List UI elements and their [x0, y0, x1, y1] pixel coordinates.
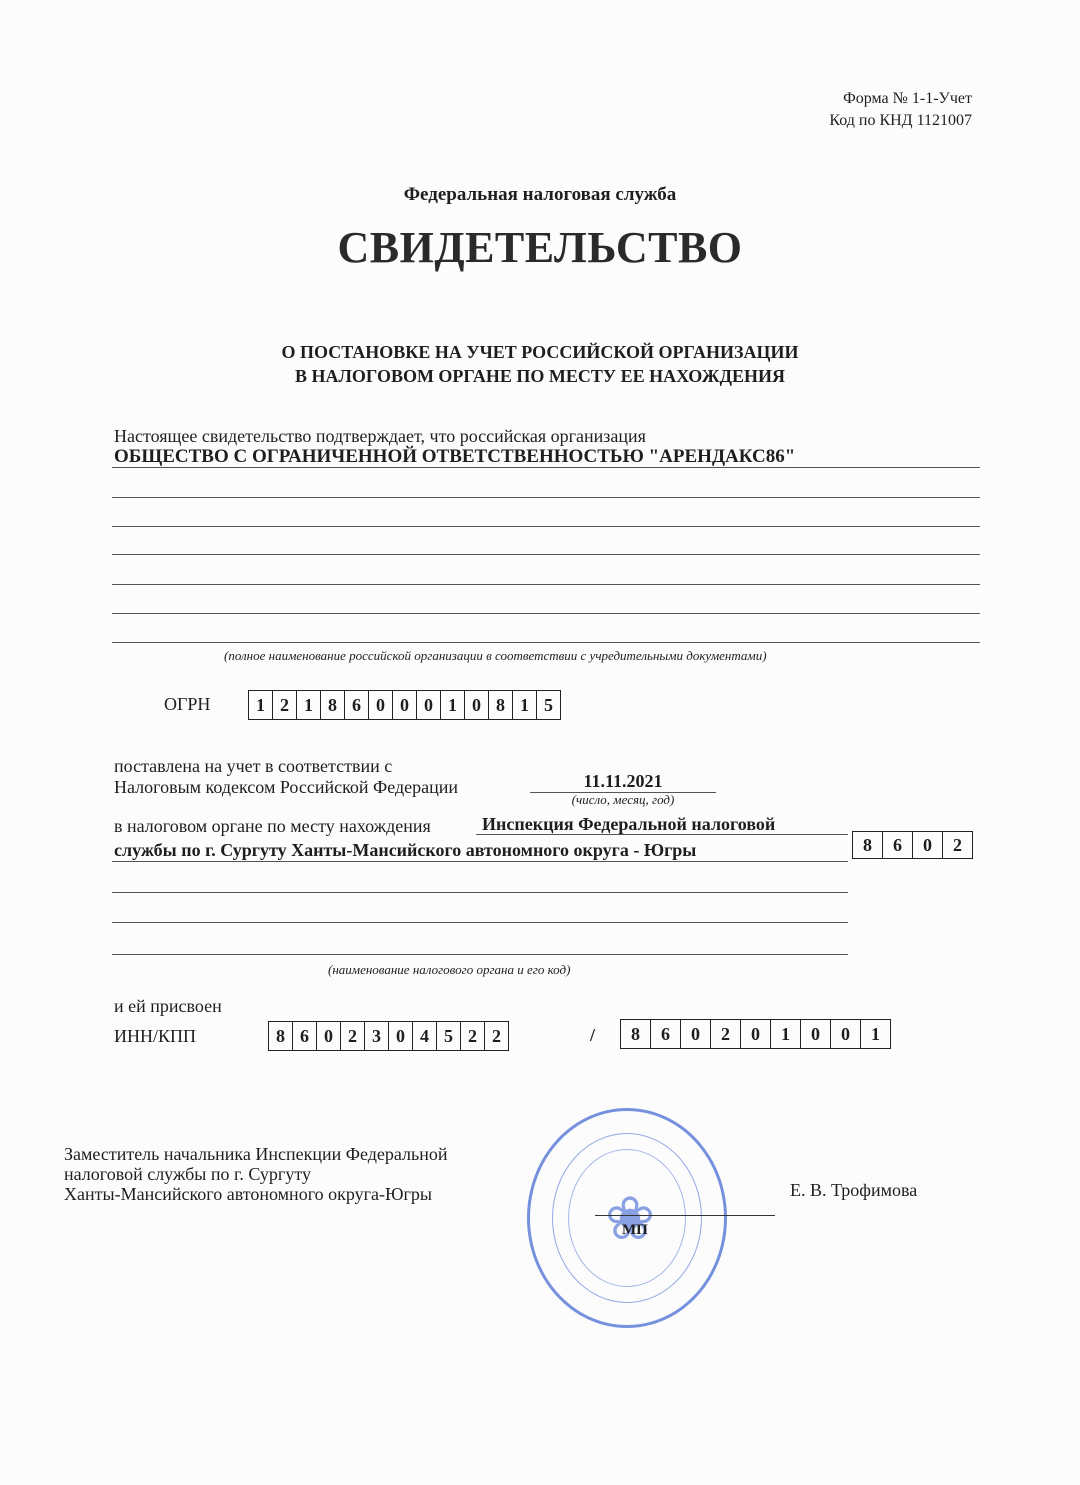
- digit-cell: 2: [273, 691, 297, 719]
- position-line-2: налоговой службы по г. Сургуту: [64, 1164, 448, 1184]
- position-line-3: Ханты-Мансийского автономного округа-Югр…: [64, 1184, 448, 1204]
- official-stamp: ❀: [527, 1108, 727, 1328]
- digit-cell: 1: [297, 691, 321, 719]
- digit-cell: 1: [249, 691, 273, 719]
- digit-cell: 0: [317, 1022, 341, 1050]
- digit-cell: 5: [437, 1022, 461, 1050]
- inn-cells: 8602304522: [268, 1021, 509, 1051]
- tax-authority-code-cells: 8602: [852, 831, 973, 859]
- date-caption: (число, месяц, год): [530, 792, 716, 808]
- organization-name: ОБЩЕСТВО С ОГРАНИЧЕННОЙ ОТВЕТСТВЕННОСТЬЮ…: [114, 446, 795, 468]
- registration-date: 11.11.2021: [530, 771, 716, 792]
- assigned-label: и ей присвоен: [114, 996, 222, 1017]
- subtitle-line-2: В НАЛОГОВОМ ОРГАНЕ ПО МЕСТУ ЕЕ НАХОЖДЕНИ…: [0, 364, 1080, 388]
- form-header: Форма № 1-1-Учет Код по КНД 1121007: [829, 88, 972, 132]
- document-title: СВИДЕТЕЛЬСТВО: [0, 222, 1080, 273]
- digit-cell: 1: [771, 1020, 801, 1048]
- digit-cell: 8: [489, 691, 513, 719]
- organization-intro: Настоящее свидетельство подтверждает, чт…: [114, 426, 646, 447]
- tax-authority-caption: (наименование налогового органа и его ко…: [328, 962, 570, 978]
- digit-cell: 2: [711, 1020, 741, 1048]
- digit-cell: 8: [269, 1022, 293, 1050]
- position-line-1: Заместитель начальника Инспекции Федерал…: [64, 1144, 448, 1164]
- inn-kpp-label: ИНН/КПП: [114, 1026, 196, 1047]
- inn-kpp-separator: /: [590, 1025, 595, 1046]
- digit-cell: 1: [513, 691, 537, 719]
- digit-cell: 2: [943, 832, 973, 858]
- digit-cell: 8: [321, 691, 345, 719]
- signer-position: Заместитель начальника Инспекции Федерал…: [64, 1144, 448, 1204]
- digit-cell: 2: [461, 1022, 485, 1050]
- tax-authority-name-1: Инспекция Федеральной налоговой: [482, 814, 775, 835]
- ogrn-label: ОГРН: [164, 694, 210, 715]
- document-subtitle: О ПОСТАНОВКЕ НА УЧЕТ РОССИЙСКОЙ ОРГАНИЗА…: [0, 340, 1080, 388]
- kpp-cells: 860201001: [620, 1019, 891, 1049]
- digit-cell: 5: [537, 691, 561, 719]
- registration-line-1: поставлена на учет в соответствии с: [114, 756, 392, 777]
- form-number: Форма № 1-1-Учет: [829, 88, 972, 110]
- digit-cell: 1: [861, 1020, 891, 1048]
- ogrn-cells: 1218600010815: [248, 690, 561, 720]
- registration-line-2: Налоговым кодексом Российской Федерации: [114, 777, 458, 798]
- digit-cell: 0: [831, 1020, 861, 1048]
- digit-cell: 0: [741, 1020, 771, 1048]
- knd-code: Код по КНД 1121007: [829, 110, 972, 132]
- digit-cell: 6: [883, 832, 913, 858]
- digit-cell: 6: [293, 1022, 317, 1050]
- digit-cell: 3: [365, 1022, 389, 1050]
- digit-cell: 6: [651, 1020, 681, 1048]
- digit-cell: 0: [681, 1020, 711, 1048]
- digit-cell: 2: [341, 1022, 365, 1050]
- digit-cell: 8: [853, 832, 883, 858]
- subtitle-line-1: О ПОСТАНОВКЕ НА УЧЕТ РОССИЙСКОЙ ОРГАНИЗА…: [0, 340, 1080, 364]
- signer-name: Е. В. Трофимова: [790, 1180, 917, 1201]
- digit-cell: 8: [621, 1020, 651, 1048]
- digit-cell: 0: [465, 691, 489, 719]
- stamp-mark: МП: [622, 1222, 648, 1239]
- digit-cell: 1: [441, 691, 465, 719]
- eagle-emblem-icon: ❀: [598, 1171, 662, 1267]
- digit-cell: 0: [369, 691, 393, 719]
- tax-authority-intro: в налоговом органе по месту нахождения: [114, 816, 431, 837]
- agency-name: Федеральная налоговая служба: [0, 184, 1080, 206]
- digit-cell: 0: [417, 691, 441, 719]
- organization-caption: (полное наименование российской организа…: [224, 648, 767, 664]
- digit-cell: 0: [913, 832, 943, 858]
- tax-authority-name-2: службы по г. Сургуту Ханты-Мансийского а…: [114, 840, 696, 861]
- digit-cell: 2: [485, 1022, 509, 1050]
- digit-cell: 0: [389, 1022, 413, 1050]
- digit-cell: 0: [801, 1020, 831, 1048]
- digit-cell: 4: [413, 1022, 437, 1050]
- digit-cell: 0: [393, 691, 417, 719]
- digit-cell: 6: [345, 691, 369, 719]
